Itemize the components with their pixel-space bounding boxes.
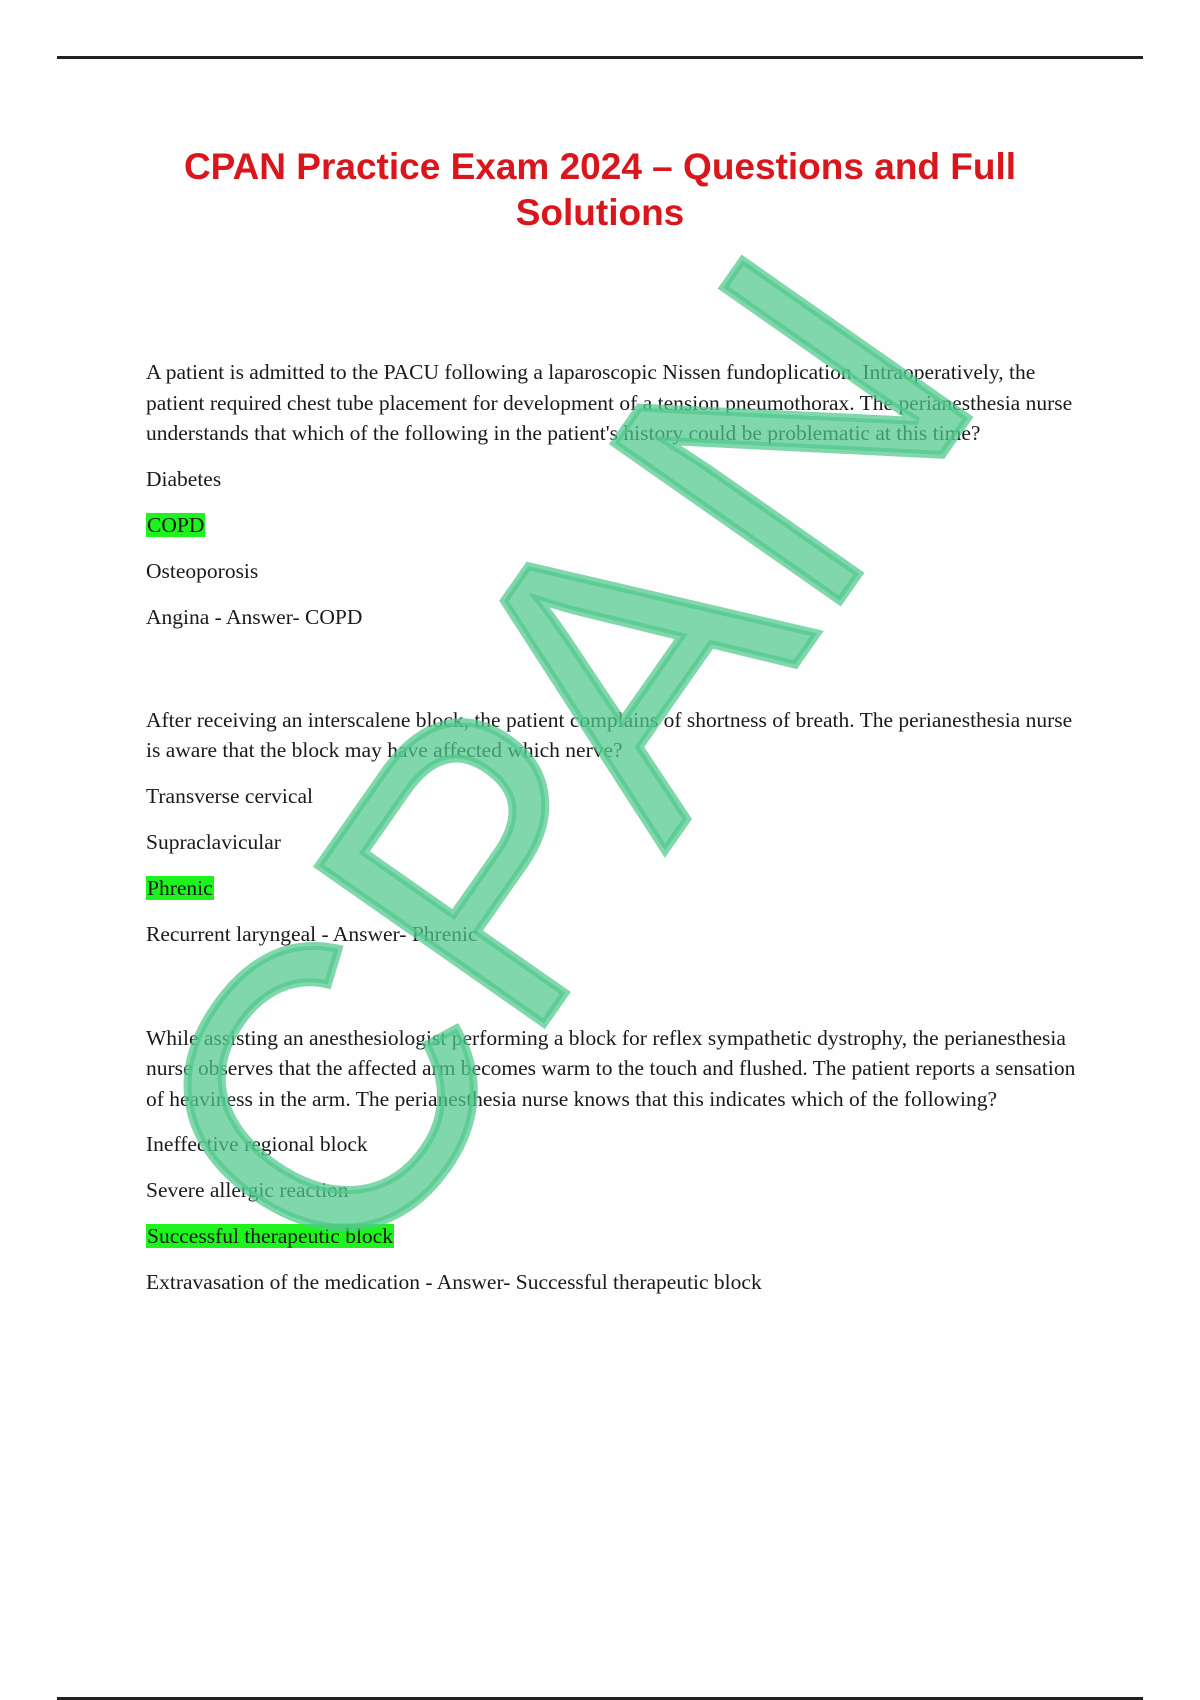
document-title: CPAN Practice Exam 2024 – Questions and … <box>100 144 1100 236</box>
question-text: While assisting an anesthesiologist perf… <box>146 1023 1086 1115</box>
answer-option-with-key: Extravasation of the medication - Answer… <box>146 1267 1086 1297</box>
answer-option-correct: COPD <box>146 510 1086 540</box>
answer-option: Supraclavicular <box>146 827 1086 857</box>
question-text: A patient is admitted to the PACU follow… <box>146 357 1086 449</box>
answer-option: Ineffective regional block <box>146 1129 1086 1159</box>
highlighted-answer: Successful therapeutic block <box>146 1224 394 1248</box>
question-block-1: A patient is admitted to the PACU follow… <box>146 357 1086 632</box>
question-text: After receiving an interscalene block, t… <box>146 705 1086 766</box>
answer-option-with-key: Recurrent laryngeal - Answer- Phrenic <box>146 919 1086 949</box>
answer-option: Transverse cervical <box>146 781 1086 811</box>
answer-option: Severe allergic reaction <box>146 1175 1086 1205</box>
answer-option: Osteoporosis <box>146 556 1086 586</box>
highlighted-answer: Phrenic <box>146 876 214 900</box>
highlighted-answer: COPD <box>146 513 205 537</box>
answer-option: Diabetes <box>146 464 1086 494</box>
document-body: A patient is admitted to the PACU follow… <box>146 357 1086 1313</box>
top-rule <box>57 56 1143 59</box>
answer-option-correct: Phrenic <box>146 873 1086 903</box>
answer-option-with-key: Angina - Answer- COPD <box>146 602 1086 632</box>
answer-option-correct: Successful therapeutic block <box>146 1221 1086 1251</box>
question-block-3: While assisting an anesthesiologist perf… <box>146 1023 1086 1298</box>
question-block-2: After receiving an interscalene block, t… <box>146 705 1086 949</box>
